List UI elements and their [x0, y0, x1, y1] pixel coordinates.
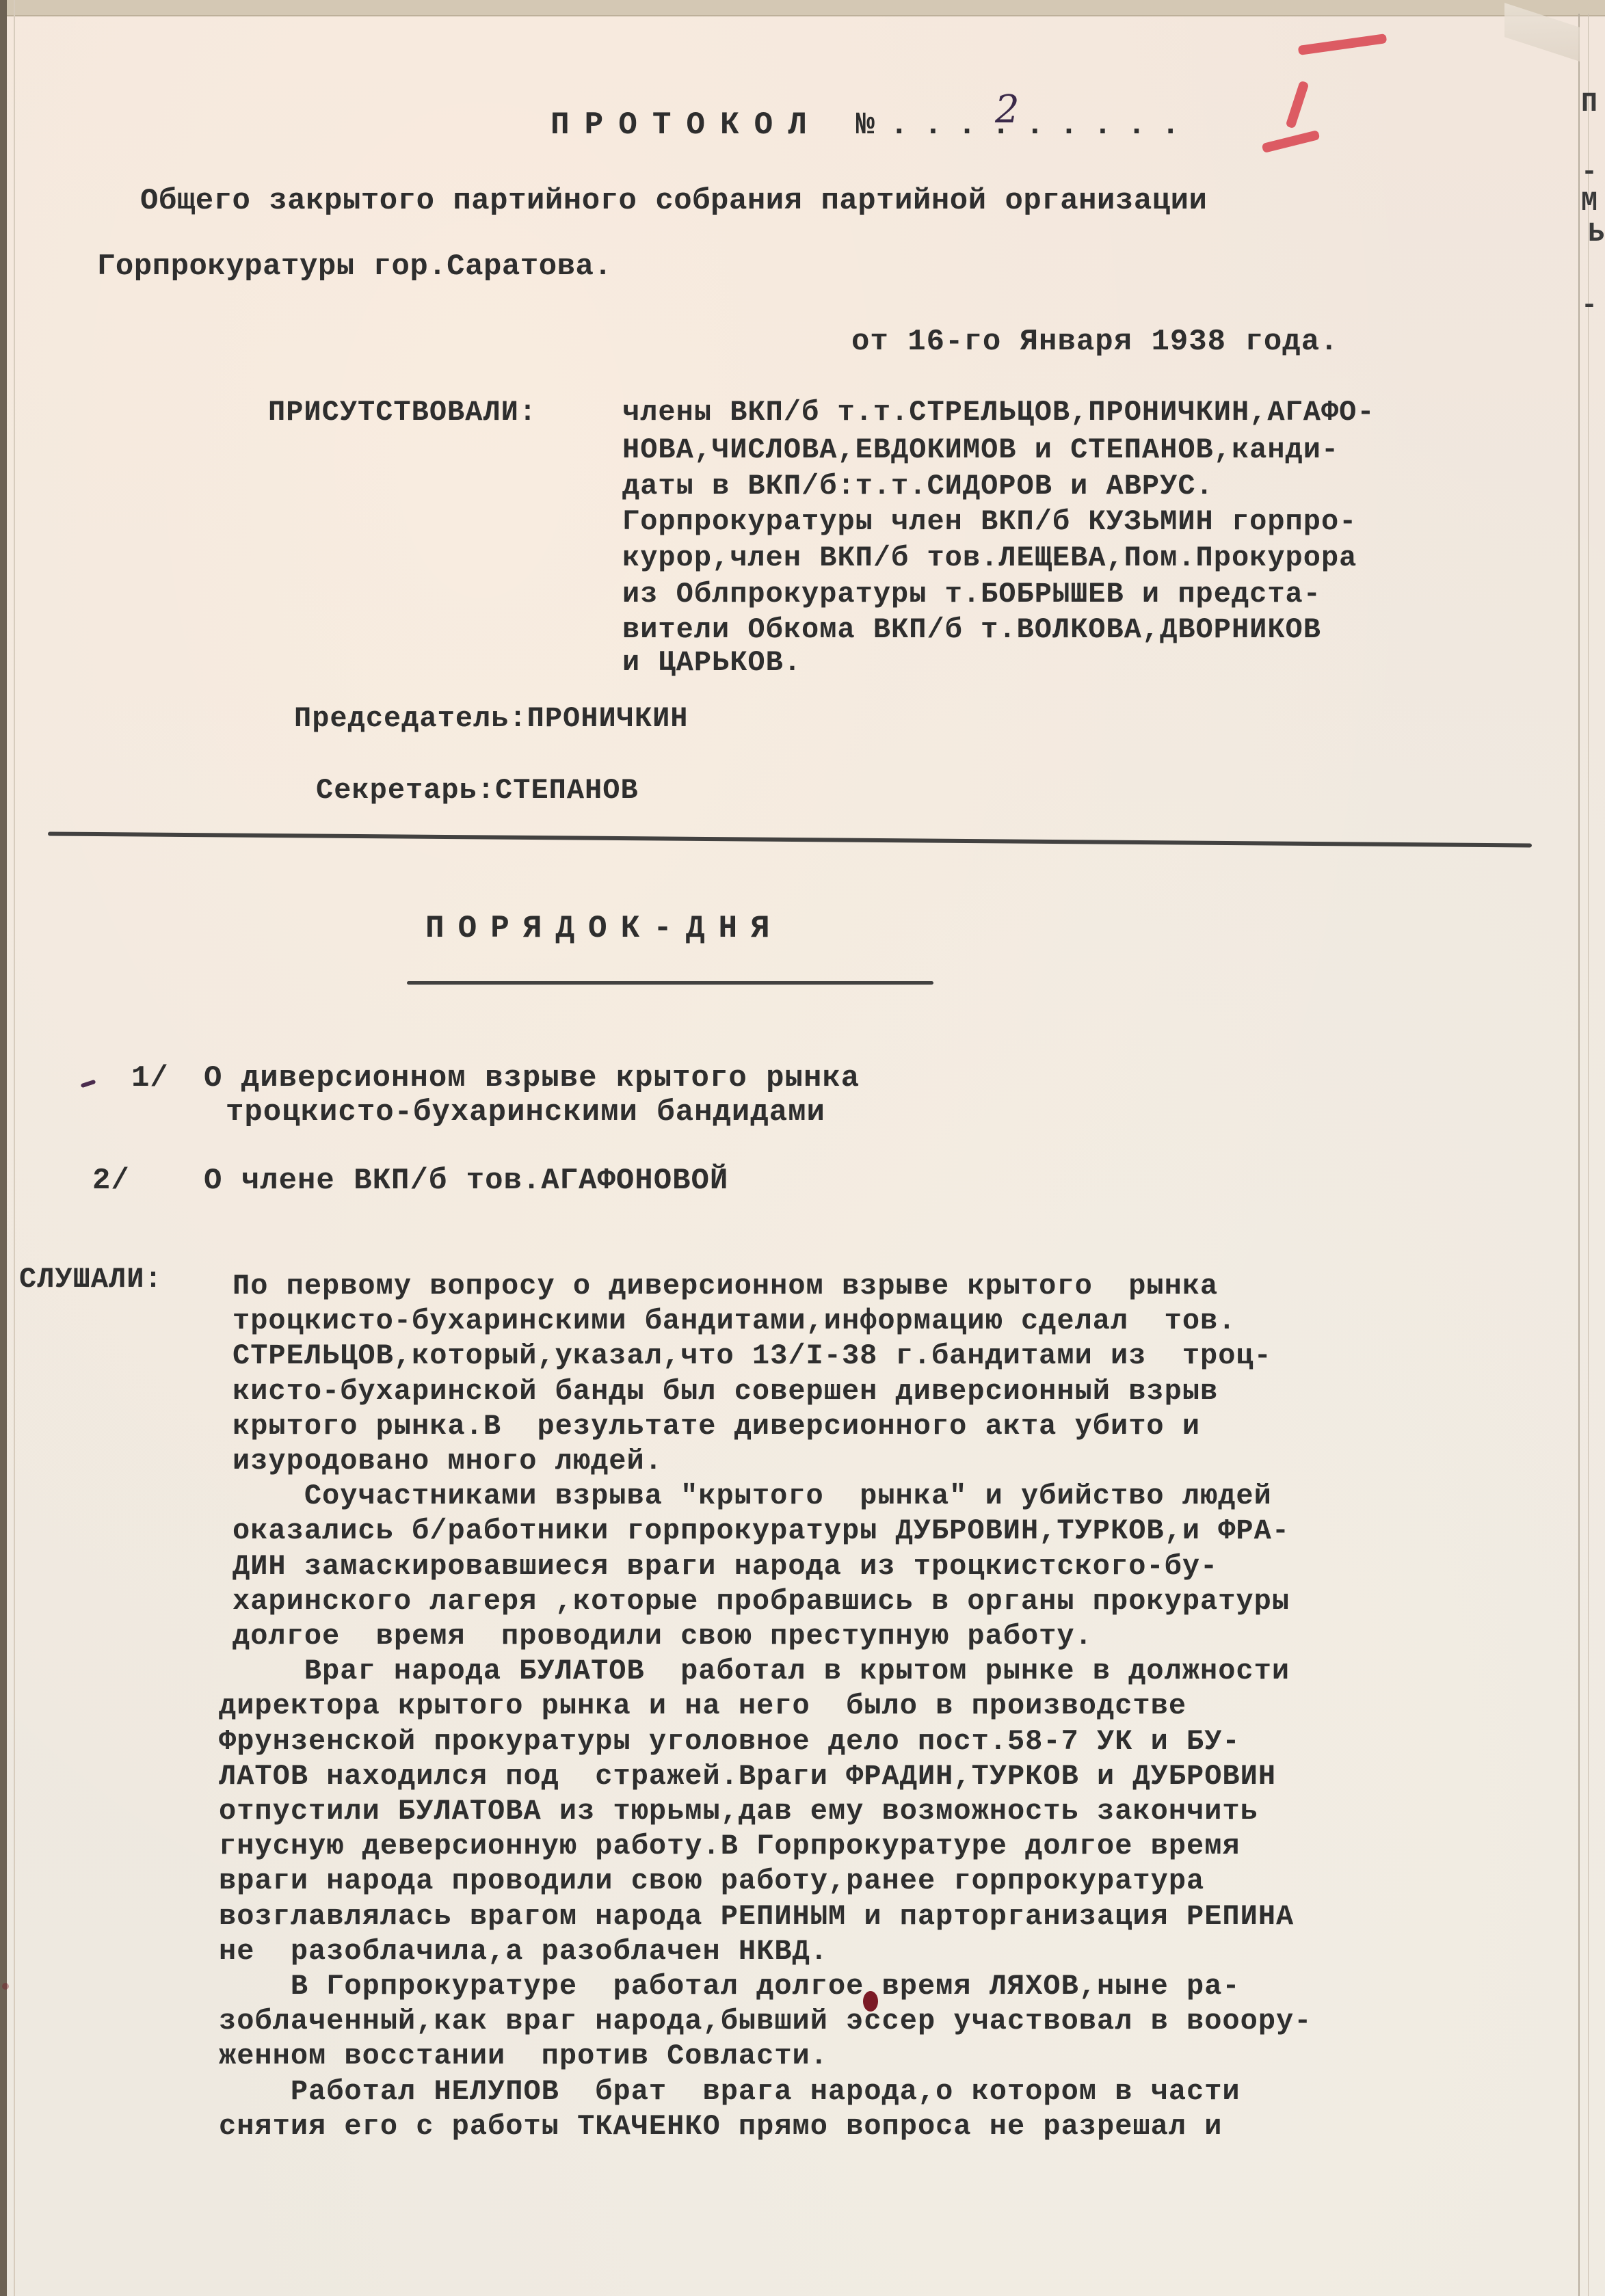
heard-line: долгое время проводили свою преступную р… [233, 1622, 1093, 1651]
heard-line: ЛАТОВ находился под стражей.Враги ФРАДИН… [219, 1762, 1276, 1791]
heard-line: СТРЕЛЬЦОВ,который,указал,что 13/I-38 г.б… [233, 1341, 1272, 1370]
attendees-line: вители Обкома ВКП/б т.ВОЛКОВА,ДВОРНИКОВ [622, 615, 1321, 644]
heard-line: В Горпрокуратуре работал долгое время ЛЯ… [219, 1972, 1241, 2001]
heard-line: женном восстании против Совласти. [219, 2042, 828, 2070]
heard-line: харинского лагеря ,которые пробравшись в… [233, 1587, 1290, 1616]
heard-line: троцкисто-бухаринскими бандитами,информа… [233, 1307, 1236, 1335]
ink-blot [2, 1983, 9, 1990]
bleed-letter: П [1581, 89, 1597, 120]
agenda-underline [407, 981, 933, 985]
handwritten-protocol-number: 2 [995, 88, 1020, 132]
heard-line: директора крытого рынка и на него было в… [219, 1692, 1186, 1720]
heard-line: снятия его с работы ТКАЧЕНКО прямо вопро… [219, 2112, 1222, 2141]
handwritten-tick-mark [81, 1080, 96, 1089]
attendees-line: даты в ВКП/б:т.т.СИДОРОВ и АВРУС. [622, 472, 1214, 500]
protocol-title: ПРОТОКОЛ №......... [551, 109, 1195, 141]
heard-line: не разоблачила,а разоблачен НКВД. [219, 1937, 828, 1966]
chairman: Председатель:ПРОНИЧКИН [294, 704, 689, 733]
ink-blot [863, 1991, 878, 2012]
bleed-letter: - [1581, 291, 1597, 321]
agenda-item-number: 1/ [131, 1063, 169, 1093]
heard-line: возглавлялась врагом народа РЕПИНЫМ и па… [219, 1902, 1294, 1931]
date-line: от 16-го Января 1938 года. [851, 327, 1339, 357]
heard-line: крытого рынка.В результате диверсионного… [233, 1412, 1200, 1441]
heard-label: СЛУШАЛИ: [19, 1265, 163, 1294]
attendees-line: Горпрокуратуры член ВКП/б КУЗЬМИН горпро… [622, 507, 1357, 536]
divider-rule [48, 831, 1532, 847]
heard-line: По первому вопросу о диверсионном взрыве… [233, 1272, 1218, 1300]
bleed-letter: - [1581, 157, 1597, 188]
left-fold-line [14, 0, 15, 2296]
heard-line: изуродовано много людей. [233, 1447, 663, 1476]
document-page: П - М Ь - ПРОТОКОЛ №......... 2 Общего з… [0, 0, 1605, 2296]
heard-line: Соучастниками взрыва "крытого рынка" и у… [233, 1482, 1272, 1510]
bleed-letter: М [1581, 188, 1597, 219]
bleed-letter: Ь [1588, 219, 1604, 250]
heard-line: враги народа проводили свою работу,ранее… [219, 1867, 1204, 1895]
attendees-line: НОВА,ЧИСЛОВА,ЕВДОКИМОВ и СТЕПАНОВ,канди- [622, 436, 1339, 464]
binding-edge [0, 0, 7, 2296]
secretary: Секретарь:СТЕПАНОВ [316, 776, 639, 805]
subtitle-line-2: Горпрокуратуры гор.Саратова. [97, 252, 612, 282]
agenda-heading: ПОРЯДОК-ДНЯ [425, 913, 784, 944]
agenda-item-line: О диверсионном взрыве крытого рынка [204, 1063, 860, 1093]
heard-line: оказались б/работники горпрокуратуры ДУБ… [233, 1517, 1290, 1545]
attendees-line: курор,член ВКП/б тов.ЛЕЩЕВА,Пом.Прокурор… [622, 544, 1357, 572]
heard-line: Фрунзенской прокуратуры уголовное дело п… [219, 1727, 1241, 1756]
subtitle-line-1: Общего закрытого партийного собрания пар… [140, 186, 1207, 216]
heard-line: кисто-бухаринской банды был совершен див… [233, 1377, 1218, 1406]
right-page-edge-inner [1588, 14, 1589, 2296]
attendees-line: члены ВКП/б т.т.СТРЕЛЬЦОВ,ПРОНИЧКИН,АГАФ… [622, 398, 1375, 427]
heard-line: Работал НЕЛУПОВ брат врага народа,о кото… [219, 2077, 1241, 2106]
attendees-line: из Облпрокуратуры т.БОБРЫШЕВ и предста- [622, 580, 1321, 609]
folder-top-strip [0, 0, 1605, 16]
heard-line: гнусную деверсионную работу.В Горпрокура… [219, 1832, 1241, 1860]
attendees-label: ПРИСУТСТВОВАЛИ: [268, 398, 537, 427]
attendees-line: и ЦАРЬКОВ. [622, 648, 801, 677]
heard-line: Враг народа БУЛАТОВ работал в крытом рын… [233, 1657, 1290, 1685]
agenda-item-line: троцкисто-бухаринскими бандидами [226, 1097, 825, 1127]
agenda-item-number: 2/ [92, 1166, 130, 1196]
agenda-item-line: О члене ВКП/б тов.АГАФОНОВОЙ [204, 1166, 728, 1196]
heard-line: ДИН замаскировавшиеся враги народа из тр… [233, 1552, 1218, 1581]
heard-line: зоблаченный,как враг народа,бывший эссер… [219, 2007, 1312, 2035]
right-page-edge [1578, 14, 1580, 2296]
heard-line: отпустили БУЛАТОВА из тюрьмы,дав ему воз… [219, 1797, 1258, 1826]
